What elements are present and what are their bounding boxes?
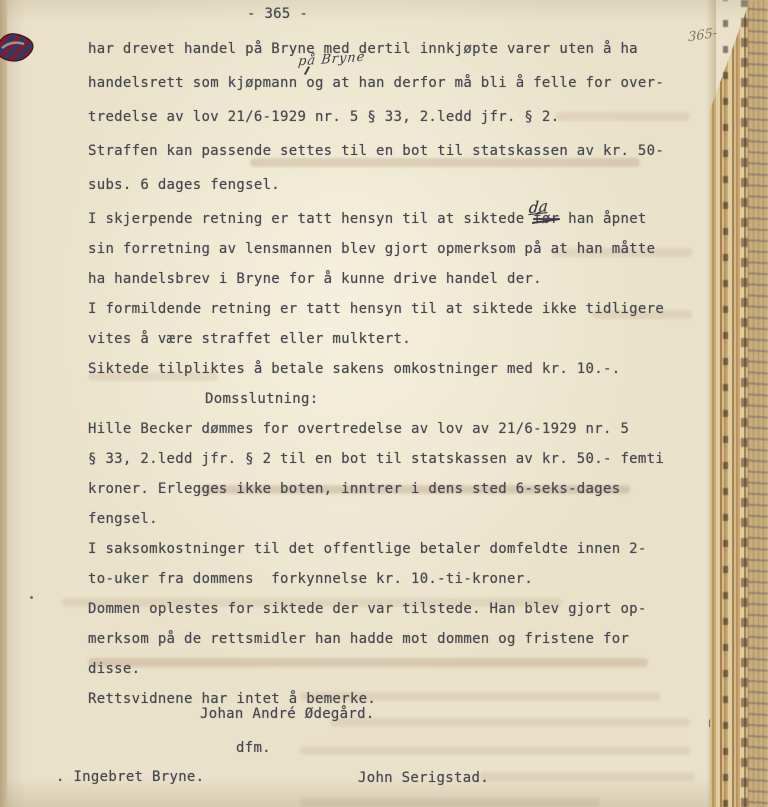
signature-title: dfm. [236,740,271,756]
bleedthrough-smudge [300,746,690,755]
page-stack-marks [723,0,728,807]
bleedthrough-smudge [480,772,695,781]
binding-cord-icon [0,28,60,74]
typed-line: merksom på de rettsmidler han hadde mot … [88,624,708,654]
typed-line: Dommen oplestes for siktede der var tils… [88,594,708,624]
typed-line-with-correction: I skjerpende retning er tatt hensyn til … [88,204,708,234]
ink-speck [30,596,33,599]
typed-line: ha handelsbrev i Bryne for å kunne drive… [88,264,708,294]
typed-line: Rettsvidnene har intet å bemerke. [88,684,708,714]
signature-judge: Johan André Ødegård. [200,706,375,722]
typed-line: disse. [88,654,708,684]
typed-line: sin forretning av lensmannen blev gjort … [88,234,708,264]
signature-witness-right: John Serigstad. [358,770,489,786]
signature-witness-left: . Ingebret Bryne. [56,769,204,785]
page-stack-marks [741,0,748,807]
typed-text: han åpnet [559,211,646,227]
typed-line: I saksomkostninger til det offentlige be… [88,534,708,564]
typed-line: kroner. Erlegges ikke boten, inntrer i d… [88,474,708,504]
typed-line: § 33, 2.ledd jfr. § 2 til en bot til sta… [88,444,708,474]
bleedthrough-smudge [300,798,600,807]
handwritten-replacement: da [528,191,550,224]
typed-line: I formildende retning er tatt hensyn til… [88,294,708,324]
typed-line: subs. 6 dages fengsel. [88,170,708,200]
book-left-edge [0,0,7,807]
typed-line: Hille Becker dømmes for overtredelse av … [88,414,708,444]
typed-line: handelsrett som kjøpmann og at han derfo… [88,68,708,98]
page-number-typed: - 365 - [247,6,308,22]
typed-line: har drevet handel på Bryne med dertil in… [88,34,708,64]
typed-line: Siktede tilpliktes å betale sakens omkos… [88,354,708,384]
typed-line: vites å være straffet eller mulktert. [88,324,708,354]
typed-line: fengsel. [88,504,708,534]
typed-line: tredelse av lov 21/6-1929 nr. 5 § 33, 2.… [88,102,708,132]
struck-word: førda [533,211,559,227]
typed-line: Straffen kan passende settes til en bot … [88,136,708,166]
typed-line: to-uker fra dommens forkynnelse kr. 10.-… [88,564,708,594]
typed-line-heading: Domsslutning: [88,384,708,414]
page-stack-scribbles [748,0,768,807]
typed-text: I skjerpende retning er tatt hensyn til … [88,211,533,227]
bleedthrough-smudge [330,718,690,727]
document-body: har drevet handel på Bryne med dertil in… [88,34,708,714]
scanned-page: - 365 - 365- har drevet handel på Bryne … [0,0,768,807]
